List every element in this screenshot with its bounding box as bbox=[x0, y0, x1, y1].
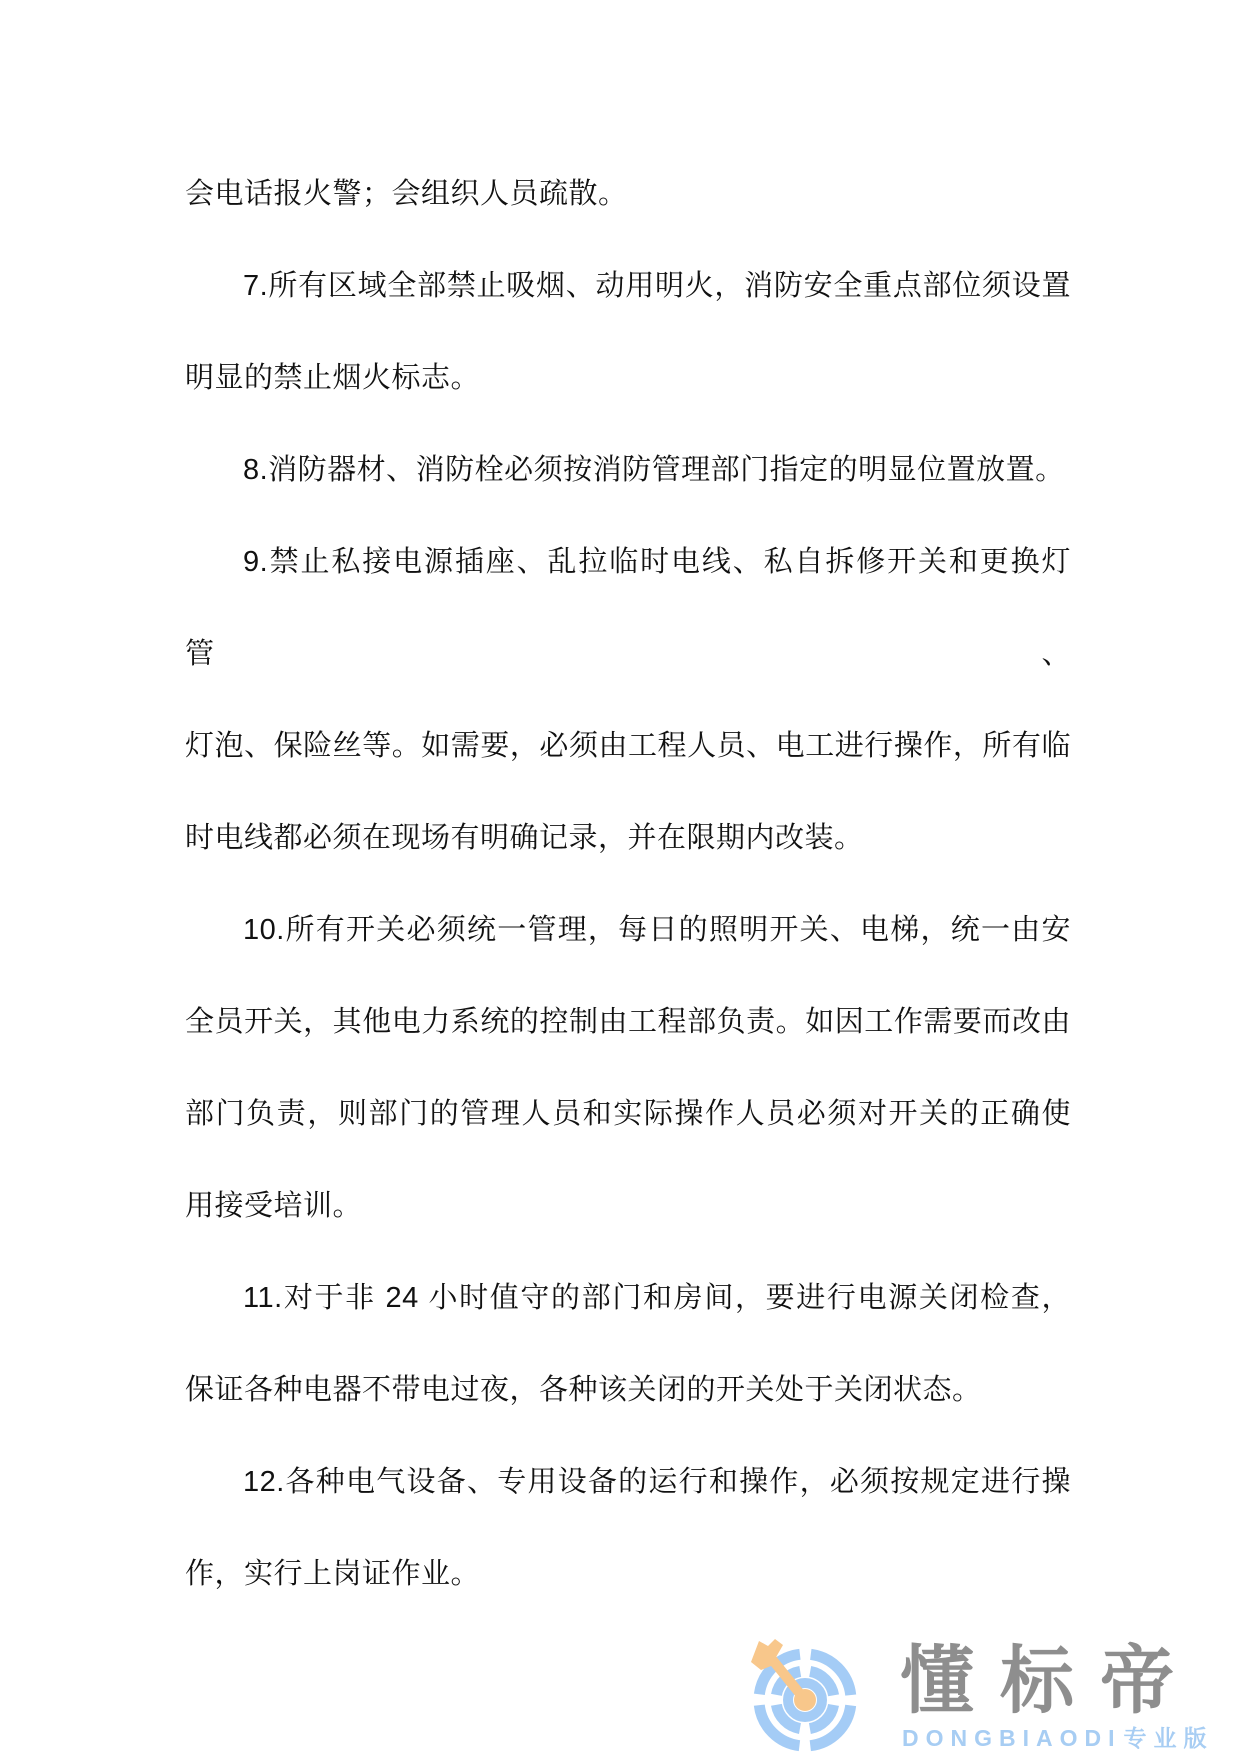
document-body: 会电话报火警；会组织人员疏散。 7.所有区域全部禁止吸烟、动用明火，消防安全重点… bbox=[185, 148, 1071, 1620]
brand-edition: 专业版 bbox=[1124, 1725, 1214, 1751]
text-line-4: 8.消防器材、消防栓必须按消防管理部门指定的明显位置放置。 bbox=[185, 424, 1071, 516]
text-line-11: 用接受培训。 bbox=[185, 1160, 1071, 1252]
target-dart-icon bbox=[747, 1632, 860, 1754]
brand-name-cn: 懂标帝 bbox=[900, 1644, 1200, 1718]
document-page: 会电话报火警；会组织人员疏散。 7.所有区域全部禁止吸烟、动用明火，消防安全重点… bbox=[0, 0, 1241, 1754]
text-line-9: 全员开关，其他电力系统的控制由工程部负责。如因工作需要而改由 bbox=[185, 976, 1071, 1068]
text-line-3: 明显的禁止烟火标志。 bbox=[185, 332, 1071, 424]
text-line-5: 9.禁止私接电源插座、乱拉临时电线、私自拆修开关和更换灯管、 bbox=[185, 516, 1071, 700]
text-line-15: 作，实行上岗证作业。 bbox=[185, 1528, 1071, 1620]
dart-center-dot bbox=[794, 1689, 816, 1711]
watermark-logo: 懂标帝 DONGBIAODI专业版 bbox=[747, 1632, 1227, 1754]
text-line-2: 7.所有区域全部禁止吸烟、动用明火，消防安全重点部位须设置 bbox=[185, 240, 1071, 332]
brand-subtext: DONGBIAODI专业版 bbox=[902, 1727, 1214, 1750]
text-line-8: 10.所有开关必须统一管理，每日的照明开关、电梯，统一由安 bbox=[185, 884, 1071, 976]
text-line-13: 保证各种电器不带电过夜，各种该关闭的开关处于关闭状态。 bbox=[185, 1344, 1071, 1436]
text-line-10: 部门负责，则部门的管理人员和实际操作人员必须对开关的正确使 bbox=[185, 1068, 1071, 1160]
text-line-14: 12.各种电气设备、专用设备的运行和操作，必须按规定进行操 bbox=[185, 1436, 1071, 1528]
text-line-1: 会电话报火警；会组织人员疏散。 bbox=[185, 148, 1071, 240]
text-line-7: 时电线都必须在现场有明确记录，并在限期内改装。 bbox=[185, 792, 1071, 884]
brand-name-en: DONGBIAODI bbox=[902, 1725, 1122, 1751]
text-line-12: 11.对于非 24 小时值守的部门和房间，要进行电源关闭检查， bbox=[185, 1252, 1071, 1344]
text-line-6: 灯泡、保险丝等。如需要，必须由工程人员、电工进行操作，所有临 bbox=[185, 700, 1071, 792]
